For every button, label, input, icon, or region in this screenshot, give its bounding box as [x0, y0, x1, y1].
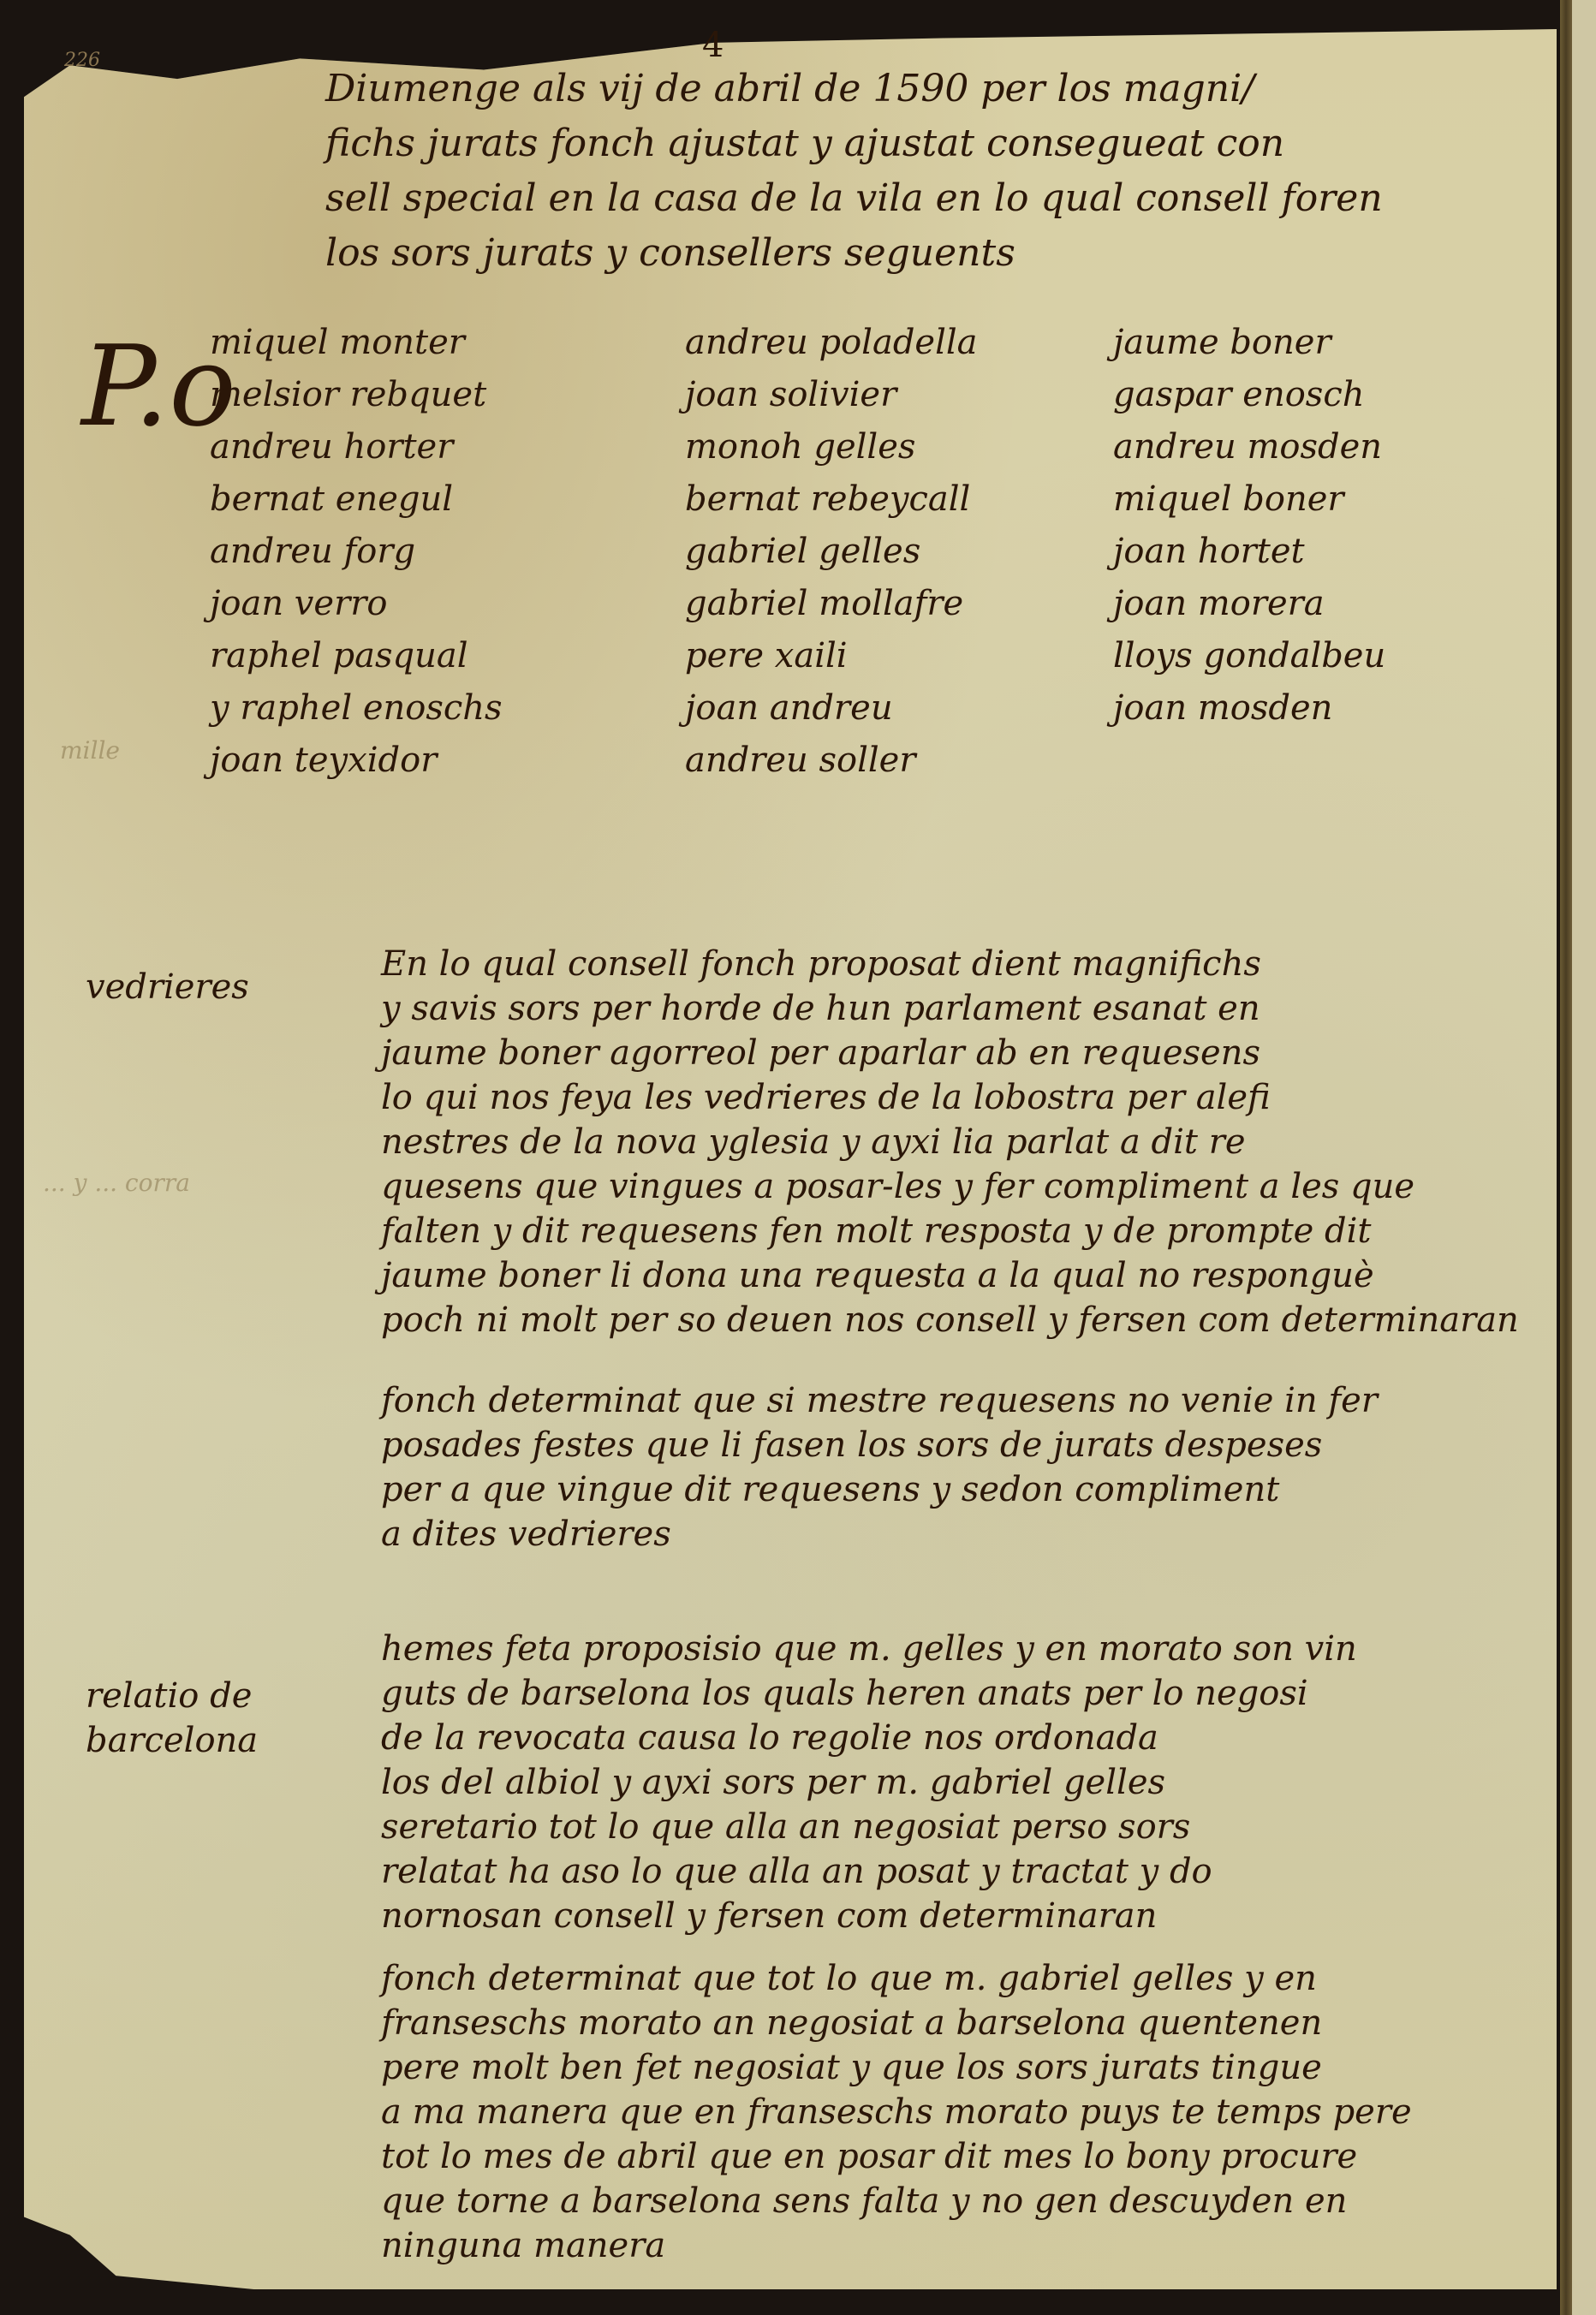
- facing-page-edge: [1572, 0, 1596, 2315]
- attendee-name: miquel boner: [1113, 473, 1385, 526]
- text-line: quesens que vingues a posar-les y fer co…: [381, 1164, 1554, 1209]
- attendee-name: jaume boner: [1113, 317, 1385, 369]
- attendee-name: miquel monter: [210, 317, 503, 369]
- text-line: ninguna manera: [381, 2223, 1554, 2268]
- attendee-name: joan morera: [1113, 578, 1385, 630]
- heading-paragraph: Diumenge als vij de abril de 1590 per lo…: [325, 62, 1550, 281]
- attendee-name: raphel pasqual: [210, 630, 503, 682]
- attendee-name: andreu soller: [685, 735, 978, 787]
- text-line: a dites vedrieres: [381, 1512, 1554, 1556]
- text-line: tot lo mes de abril que en posar dit mes…: [381, 2134, 1554, 2179]
- attendance-column-3: jaume boner gaspar enosch andreu mosden …: [1113, 317, 1385, 735]
- attendee-name: joan verro: [210, 578, 503, 630]
- section-barcelona-resolution: fonch determinat que tot lo que m. gabri…: [381, 1956, 1554, 2268]
- text-line: fonch determinat que si mestre requesens…: [381, 1378, 1554, 1423]
- text-line: poch ni molt per so deuen nos consell y …: [381, 1298, 1554, 1342]
- attendee-name: gaspar enosch: [1113, 369, 1385, 421]
- attendee-name: andreu poladella: [685, 317, 978, 369]
- binding-fold: [1560, 0, 1572, 2315]
- text-line: hemes feta proposisio que m. gelles y en…: [381, 1627, 1554, 1671]
- text-line: los del albiol y ayxi sors per m. gabrie…: [381, 1760, 1554, 1805]
- section-vedrieres-resolution: fonch determinat que si mestre requesens…: [381, 1378, 1554, 1556]
- attendee-name: bernat rebeycall: [685, 473, 978, 526]
- text-line: a ma manera que en franseschs morato puy…: [381, 2090, 1554, 2134]
- attendee-name: andreu forg: [210, 526, 503, 578]
- attendee-name: joan solivier: [685, 369, 978, 421]
- text-line: pere molt ben fet negosiat y que los sor…: [381, 2045, 1554, 2090]
- attendee-name: joan andreu: [685, 682, 978, 735]
- text-line: posades festes que li fasen los sors de …: [381, 1423, 1554, 1467]
- section-barcelona-report: hemes feta proposisio que m. gelles y en…: [381, 1627, 1554, 1938]
- text-line: nestres de la nova yglesia y ayxi lia pa…: [381, 1120, 1554, 1164]
- attendee-name: joan mosden: [1113, 682, 1385, 735]
- attendee-name: joan teyxidor: [210, 735, 503, 787]
- text-line: que torne a barselona sens falta y no ge…: [381, 2179, 1554, 2223]
- text-line: relatat ha aso lo que alla an posat y tr…: [381, 1849, 1554, 1894]
- bleed-through-text: mille: [60, 736, 120, 765]
- folio-number: 226: [64, 50, 100, 71]
- attendance-column-1: miquel monter melsior rebquet andreu hor…: [210, 317, 503, 787]
- heading-line-1: Diumenge als vij de abril de 1590 per lo…: [325, 62, 1550, 116]
- text-line: lo qui nos feya les vedrieres de la lobo…: [381, 1075, 1554, 1120]
- text-line: jaume boner agorreol per aparlar ab en r…: [381, 1031, 1554, 1075]
- heading-line-4: los sors jurats y consellers seguents: [325, 226, 1550, 281]
- text-line: franseschs morato an negosiat a barselon…: [381, 2001, 1554, 2045]
- text-line: nornosan consell y fersen com determinar…: [381, 1894, 1554, 1938]
- heading-line-2: fichs jurats fonch ajustat y ajustat con…: [325, 116, 1550, 171]
- attendee-name: gabriel mollafre: [685, 578, 978, 630]
- attendee-name: gabriel gelles: [685, 526, 978, 578]
- attendee-name: melsior rebquet: [210, 369, 503, 421]
- text-line: guts de barselona los quals heren anats …: [381, 1671, 1554, 1716]
- text-line: seretario tot lo que alla an negosiat pe…: [381, 1805, 1554, 1849]
- attendee-name: andreu horter: [210, 421, 503, 473]
- attendee-name: joan hortet: [1113, 526, 1385, 578]
- section-vedrieres-proposal: En lo qual consell fonch proposat dient …: [381, 942, 1554, 1342]
- attendee-name: andreu mosden: [1113, 421, 1385, 473]
- attendee-name: lloys gondalbeu: [1113, 630, 1385, 682]
- text-line: jaume boner li dona una requesta a la qu…: [381, 1253, 1554, 1298]
- text-line: fonch determinat que tot lo que m. gabri…: [381, 1956, 1554, 2001]
- text-line: falten y dit requesens fen molt resposta…: [381, 1209, 1554, 1253]
- text-line: de la revocata causa lo regolie nos ordo…: [381, 1716, 1554, 1760]
- attendee-name: pere xaili: [685, 630, 978, 682]
- text-line: y savis sors per horde de hun parlament …: [381, 986, 1554, 1031]
- bleed-through-text: ... y ... corra: [43, 1169, 190, 1197]
- heading-line-3: sell special en la casa de la vila en lo…: [325, 171, 1550, 226]
- attendance-column-2: andreu poladella joan solivier monoh gel…: [685, 317, 978, 787]
- attendee-name: bernat enegul: [210, 473, 503, 526]
- attendee-name: monoh gelles: [685, 421, 978, 473]
- top-mark: 4: [702, 26, 724, 65]
- text-line: En lo qual consell fonch proposat dient …: [381, 942, 1554, 986]
- attendee-name: y raphel enoschs: [210, 682, 503, 735]
- margin-label-vedrieres: vedrieres: [86, 967, 249, 1007]
- text-line: per a que vingue dit requesens y sedon c…: [381, 1467, 1554, 1512]
- margin-label-relatio: relatio de barcelona: [86, 1674, 368, 1763]
